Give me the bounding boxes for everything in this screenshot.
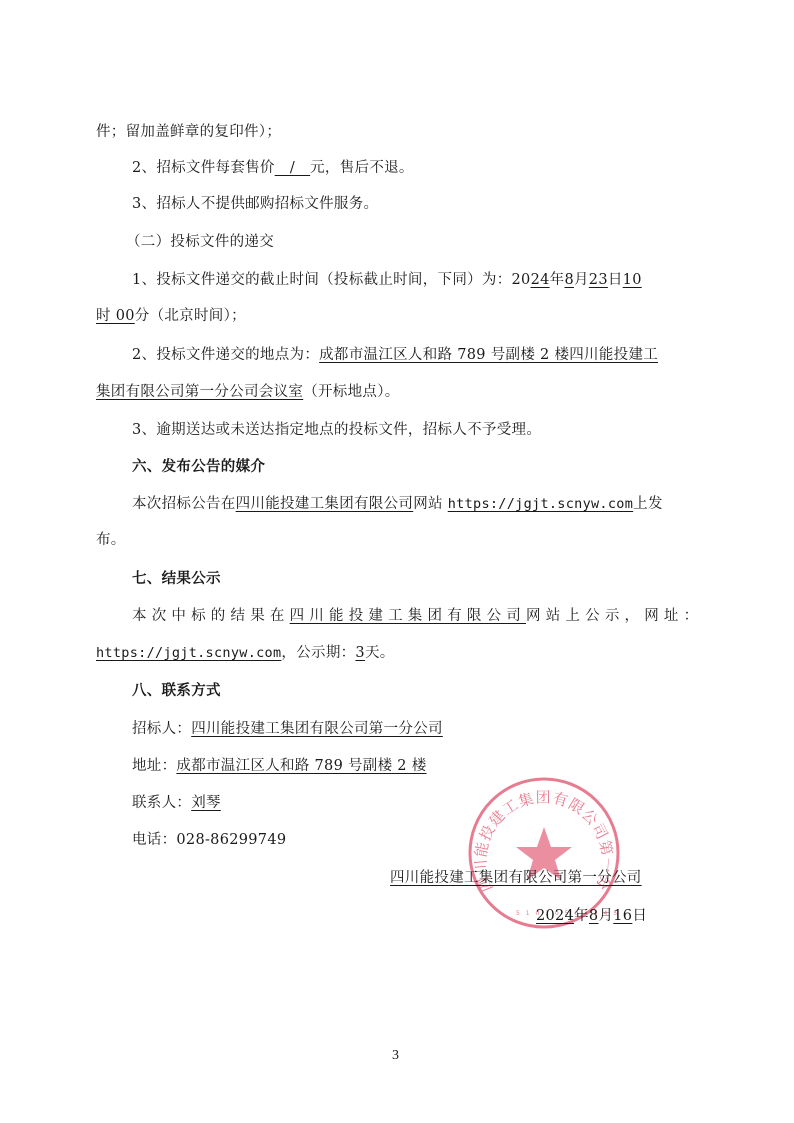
publicity-days: 3 <box>355 645 365 661</box>
text: 六、发布公告的媒介 <box>132 459 265 475</box>
text: ，公示期： <box>281 645 355 661</box>
location-line-cont: 集团有限公司第一分公司会议室（开标地点）。 <box>96 382 400 402</box>
paragraph-continuation: 件；留加盖鲜章的复印件）； <box>96 122 281 142</box>
contact-phone: 电话：028-86299749 <box>132 830 286 850</box>
contact-tenderer: 招标人：四川能投建工集团有限公司第一分公司 <box>132 719 443 739</box>
label: 电话： <box>132 832 176 848</box>
text: （开标地点）。 <box>303 384 399 400</box>
text: 3、逾期送达或未送达指定地点的投标文件，招标人不予受理。 <box>132 422 541 438</box>
tenderer-value: 四川能投建工集团有限公司第一分公司 <box>191 721 443 737</box>
address-value: 成都市温江区人和路 789 号副楼 2 楼 <box>176 758 426 774</box>
label: 联系人： <box>132 795 191 811</box>
text: 八、联系方式 <box>132 683 221 699</box>
location-value: 集团有限公司第一分公司会议室 <box>96 384 303 400</box>
text: 日 <box>632 908 647 924</box>
text: 月 <box>574 272 589 288</box>
location-line: 2、投标文件递交的地点为：成都市温江区人和路 789 号副楼 2 楼四川能投建工 <box>132 345 658 365</box>
text: （二）投标文件的递交 <box>126 234 274 250</box>
page-number: 3 <box>392 1048 399 1064</box>
text: 月 <box>598 908 613 924</box>
text: 日 <box>608 272 623 288</box>
text: 2、招标文件每套售价 <box>132 160 275 176</box>
text: 本次中标的结果在 <box>132 608 290 624</box>
mail-line: 3、招标人不提供邮购招标文件服务。 <box>132 194 378 214</box>
company-name: 四川能投建工集团有限公司 <box>290 608 526 624</box>
website-link[interactable]: https://jgjt.scnyw.com <box>448 496 633 512</box>
price-value: __/__ <box>275 160 310 176</box>
section-heading-media: 六、发布公告的媒介 <box>132 457 265 477</box>
deadline-minute: 时 00 <box>96 308 135 324</box>
text: 七、结果公示 <box>132 571 221 587</box>
text: 网站 <box>413 496 448 512</box>
result-line: 本次中标的结果在四川能投建工集团有限公司网站上公示，网址： <box>132 606 703 626</box>
company-name: 四川能投建工集团有限公司第一分公司 <box>390 870 642 886</box>
text: 网站上公示，网址： <box>526 608 703 624</box>
text: 天。 <box>365 645 395 661</box>
result-line-cont: https://jgjt.scnyw.com，公示期：3天。 <box>96 643 395 663</box>
deadline-line-cont: 时 00分（北京时间）； <box>96 306 246 326</box>
media-line-cont: 布。 <box>96 530 126 550</box>
phone-value: 028-86299749 <box>176 832 286 848</box>
signature-company: 四川能投建工集团有限公司第一分公司 <box>390 868 642 888</box>
media-line: 本次招标公告在四川能投建工集团有限公司网站 https://jgjt.scnyw… <box>132 494 663 514</box>
label: 招标人： <box>132 721 191 737</box>
deadline-hour: 10 <box>623 272 642 288</box>
text: 本次招标公告在 <box>132 496 236 512</box>
section-heading-result: 七、结果公示 <box>132 569 221 589</box>
date-day: 16 <box>613 908 632 924</box>
text: 3、招标人不提供邮购招标文件服务。 <box>132 196 378 212</box>
deadline-year: 24 <box>531 272 550 288</box>
label: 地址： <box>132 758 176 774</box>
text: 1、投标文件递交的截止时间（投标截止时间，下同）为：20 <box>132 272 531 288</box>
late-line: 3、逾期送达或未送达指定地点的投标文件，招标人不予受理。 <box>132 420 541 440</box>
price-line: 2、招标文件每套售价__/__元，售后不退。 <box>132 158 414 178</box>
location-value: 成都市温江区人和路 789 号副楼 2 楼四川能投建工 <box>319 347 658 363</box>
text: 分（北京时间）； <box>135 308 246 324</box>
deadline-month: 8 <box>564 272 574 288</box>
section-heading-contact: 八、联系方式 <box>132 681 221 701</box>
text: 年 <box>550 272 565 288</box>
text: 元，售后不退。 <box>310 160 414 176</box>
signature-date: 2024年8月16日 <box>536 906 647 926</box>
text: 年 <box>574 908 589 924</box>
website-link[interactable]: https://jgjt.scnyw.com <box>96 645 281 661</box>
deadline-line: 1、投标文件递交的截止时间（投标截止时间，下同）为：2024年8月23日10 <box>132 270 642 290</box>
person-value: 刘琴 <box>191 795 221 811</box>
text: 件；留加盖鲜章的复印件）； <box>96 124 281 140</box>
subsection-heading: （二）投标文件的递交 <box>126 232 274 252</box>
text: 2、投标文件递交的地点为： <box>132 347 319 363</box>
text: 布。 <box>96 532 126 548</box>
deadline-day: 23 <box>589 272 608 288</box>
date-year: 2024 <box>536 908 574 924</box>
contact-address: 地址：成都市温江区人和路 789 号副楼 2 楼 <box>132 756 427 776</box>
company-name: 四川能投建工集团有限公司 <box>236 496 414 512</box>
contact-person: 联系人：刘琴 <box>132 793 221 813</box>
text: 上发 <box>633 496 663 512</box>
